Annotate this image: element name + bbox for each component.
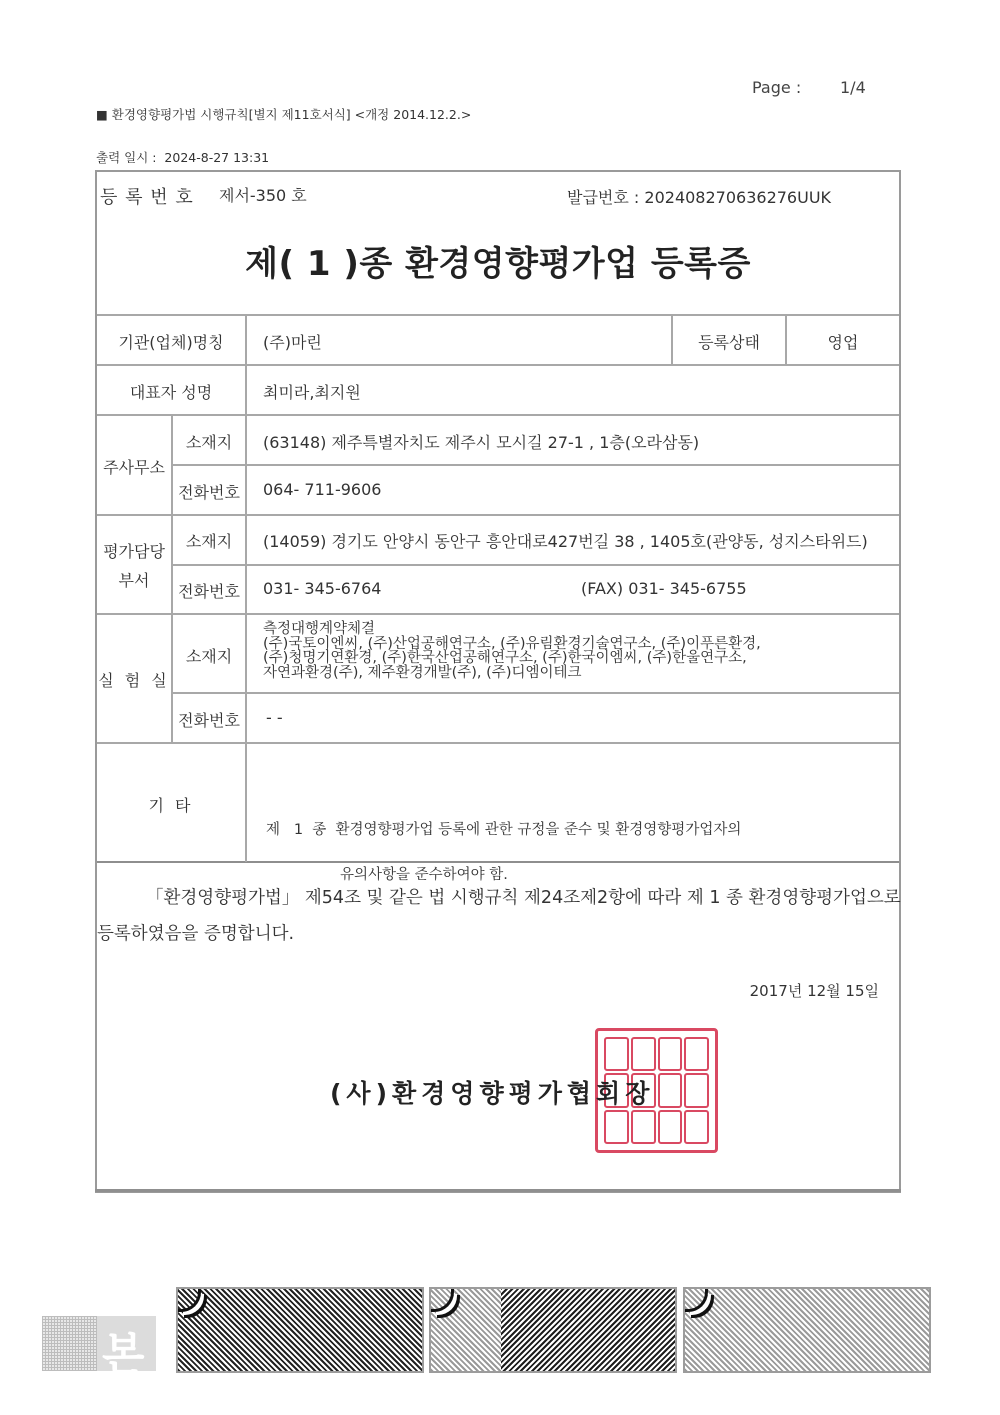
divider xyxy=(97,514,899,516)
barcode-corner-icon xyxy=(431,1289,454,1312)
divider xyxy=(172,464,899,466)
divider xyxy=(97,414,899,416)
head-office-address: (63148) 제주특별자치도 제주시 모시길 27-1 , 1층(오라삼동) xyxy=(263,430,699,453)
laboratory-address-line: 자연과환경(주), 제주환경개발(주), (주)디엠이테크 xyxy=(263,666,761,681)
eval-dept-address: (14059) 경기도 안양시 동안구 흥안대로427번길 38 , 1405호… xyxy=(263,529,868,552)
copy-pattern xyxy=(42,1316,97,1371)
form-reference: ■ 환경영향평가법 시행규칙[별지 제11호서식] <개정 2014.12.2.… xyxy=(96,105,471,123)
laboratory-address: 측정대행계약체결 (주)국토이엔씨, (주)산업공해연구소, (주)유림환경기술… xyxy=(263,622,761,680)
divider xyxy=(172,692,899,694)
security-barcode-1 xyxy=(176,1287,424,1373)
page-indicator: Page : 1/4 xyxy=(752,78,801,97)
certificate-frame xyxy=(95,170,901,1193)
eval-dept-fax: (FAX) 031- 345-6755 xyxy=(581,579,747,598)
reg-no-label: 등 록 번 호 xyxy=(100,183,194,209)
barcode-corner-icon xyxy=(685,1289,708,1312)
page-value: 1/4 xyxy=(840,78,866,97)
reg-no-value: 제서-350 호 xyxy=(219,183,307,206)
other-content: 제 1 종 환경영향평가업 등록에 관한 규정을 준수 및 환경영향평가업자의 … xyxy=(266,793,741,898)
head-office-phone-label: 전화번호 xyxy=(173,480,245,503)
reg-status-label: 등록상태 xyxy=(673,330,785,353)
printed-at-value: 2024-8-27 13:31 xyxy=(164,150,269,165)
eval-dept-address-label: 소재지 xyxy=(173,529,245,552)
laboratory-label: 실 험 실 xyxy=(97,668,171,691)
printed-at-label: 출력 일시 : xyxy=(96,150,156,165)
eval-dept-phone: 031- 345-6764 xyxy=(263,579,381,598)
org-name-label: 기관(업체)명칭 xyxy=(97,330,245,353)
issuer-name: (사)환경영향평가협회장 xyxy=(330,1074,654,1110)
other-line-1: 제 1 종 환경영향평가업 등록에 관한 규정을 준수 및 환경영향평가업자의 xyxy=(266,823,741,838)
frame-shadow xyxy=(95,1189,901,1192)
copy-mark: 본 xyxy=(42,1316,156,1371)
head-office-address-label: 소재지 xyxy=(173,430,245,453)
other-label: 기 타 xyxy=(97,793,245,816)
eval-dept-phone-label: 전화번호 xyxy=(173,579,245,602)
issue-no-label: 발급번호 : xyxy=(567,188,639,207)
printed-at: 출력 일시 : 2024-8-27 13:31 xyxy=(96,148,269,166)
org-name-value: (주)마린 xyxy=(263,330,322,353)
representative-value: 최미라,최지원 xyxy=(263,380,361,403)
head-office-label: 주사무소 xyxy=(97,455,171,478)
page-label: Page : xyxy=(752,78,801,97)
certification-line-1: 「환경영향평가법」 제54조 및 같은 법 시행규칙 제24조제2항에 따라 제… xyxy=(146,884,901,909)
barcode-corner-icon xyxy=(178,1289,201,1312)
issue-no: 발급번호 : 202408270636276UUK xyxy=(567,185,831,208)
divider xyxy=(97,364,899,366)
laboratory-address-line: 측정대행계약체결 xyxy=(263,622,761,637)
issue-no-value: 202408270636276UUK xyxy=(644,188,831,207)
divider xyxy=(172,564,899,566)
reg-status-value: 영업 xyxy=(787,330,899,353)
divider xyxy=(97,742,899,744)
certification-line-2: 등록하였음을 증명합니다. xyxy=(97,920,294,945)
laboratory-address-label: 소재지 xyxy=(173,644,245,667)
head-office-phone: 064- 711-9606 xyxy=(263,480,381,499)
laboratory-address-line: (주)국토이엔씨, (주)산업공해연구소, (주)유림환경기술연구소, (주)이… xyxy=(263,637,761,652)
divider xyxy=(245,315,247,862)
security-barcode-3 xyxy=(683,1287,931,1373)
representative-label: 대표자 성명 xyxy=(97,380,245,403)
barcode-dense-region xyxy=(501,1289,675,1371)
eval-dept-label-1: 평가담당 xyxy=(97,539,171,562)
divider xyxy=(97,613,899,615)
laboratory-address-line: (주)청명기연환경, (주)한국산업공해연구소, (주)한국이엠씨, (주)한울… xyxy=(263,651,761,666)
document-title: 제( 1 )종 환경영향평가업 등록증 xyxy=(97,236,899,285)
eval-dept-label-2: 부서 xyxy=(97,568,171,591)
certification-date: 2017년 12월 15일 xyxy=(750,980,879,1001)
divider xyxy=(97,314,899,316)
laboratory-phone: - - xyxy=(266,708,283,727)
other-line-2: 유의사항을 준수하여야 함. xyxy=(266,868,741,883)
security-barcode-2 xyxy=(429,1287,677,1373)
copy-mark-glyph: 본 xyxy=(102,1318,145,1382)
laboratory-phone-label: 전화번호 xyxy=(173,708,245,731)
